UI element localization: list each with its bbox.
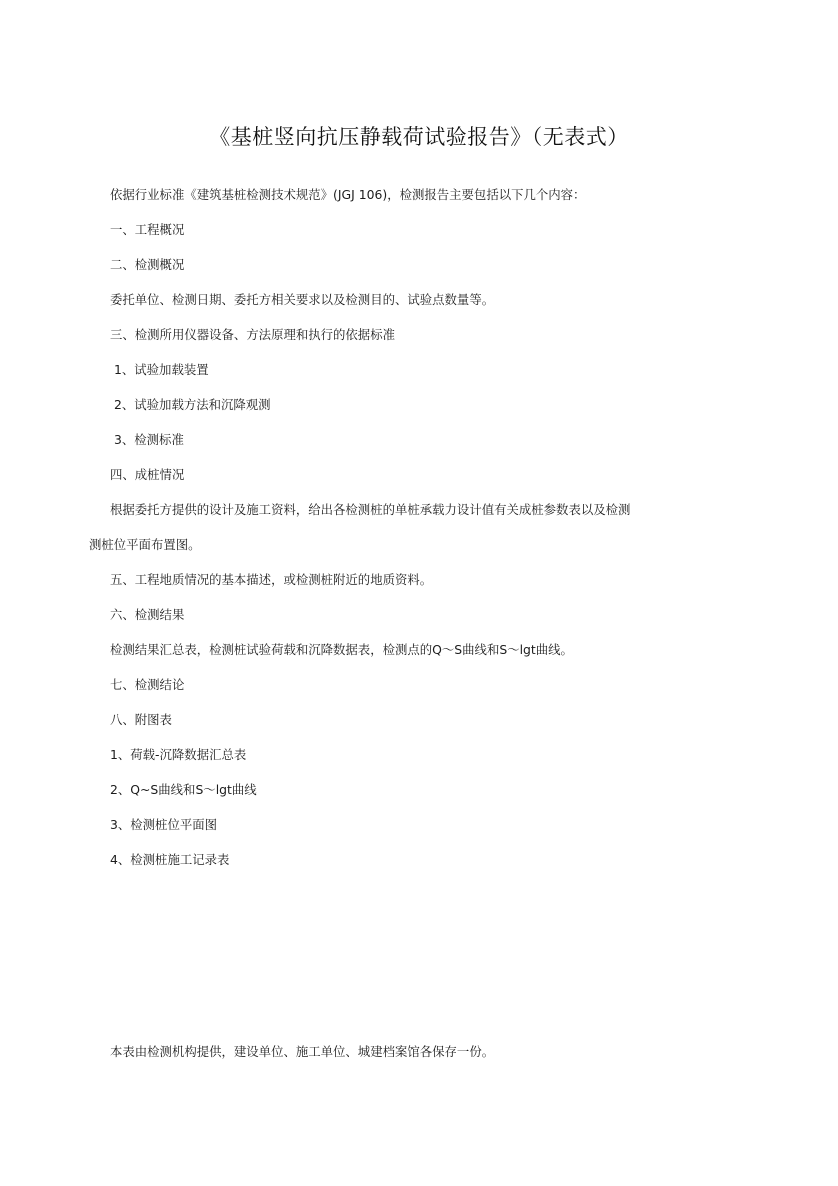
section-3-heading: 三、检测所用仪器设备、方法原理和执行的依据标准 <box>110 325 395 345</box>
section-2-heading: 二、检测概况 <box>110 255 184 275</box>
section-2-body: 委托单位、检测日期、委托方相关要求以及检测目的、试验点数量等。 <box>110 290 494 310</box>
section-7-heading: 七、检测结论 <box>110 675 184 695</box>
footer-note: 本表由检测机构提供，建设单位、施工单位、城建档案馆各保存一份。 <box>110 1042 494 1062</box>
section-3-subitem-1: 1、试验加载装置 <box>114 360 209 380</box>
section-1-heading: 一、工程概况 <box>110 220 184 240</box>
section-8-subitem-2: 2、Q~S曲线和S～lgt曲线 <box>110 780 257 800</box>
section-8-heading: 八、附图表 <box>110 710 172 730</box>
intro-paragraph: 依据行业标准《建筑基桩检测技术规范》(JGJ 106)，检测报告主要包括以下几个… <box>110 185 585 205</box>
section-5-heading: 五、工程地质情况的基本描述，或检测桩附近的地质资料。 <box>110 570 432 590</box>
section-8-subitem-1: 1、荷载-沉降数据汇总表 <box>110 745 246 765</box>
section-3-subitem-3: 3、检测标准 <box>114 430 184 450</box>
section-4-body-line1: 根据委托方提供的设计及施工资料，给出各检测桩的单桩承载力设计值有关成桩参数表以及… <box>110 500 630 520</box>
section-6-body: 检测结果汇总表，检测桩试验荷载和沉降数据表，检测点的Q～S曲线和S～lgt曲线。 <box>110 640 573 660</box>
section-4-body-line2: 测桩位平面布置图。 <box>89 535 201 555</box>
section-4-heading: 四、成桩情况 <box>110 465 184 485</box>
section-3-subitem-2: 2、试验加载方法和沉降观测 <box>114 395 271 415</box>
section-8-subitem-3: 3、检测桩位平面图 <box>110 815 217 835</box>
section-6-heading: 六、检测结果 <box>110 605 184 625</box>
document-title: 《基桩竖向抗压静载荷试验报告》（无表式） <box>0 121 838 153</box>
document-page: 《基桩竖向抗压静载荷试验报告》（无表式） 依据行业标准《建筑基桩检测技术规范》(… <box>0 0 838 1186</box>
section-8-subitem-4: 4、检测桩施工记录表 <box>110 850 229 870</box>
